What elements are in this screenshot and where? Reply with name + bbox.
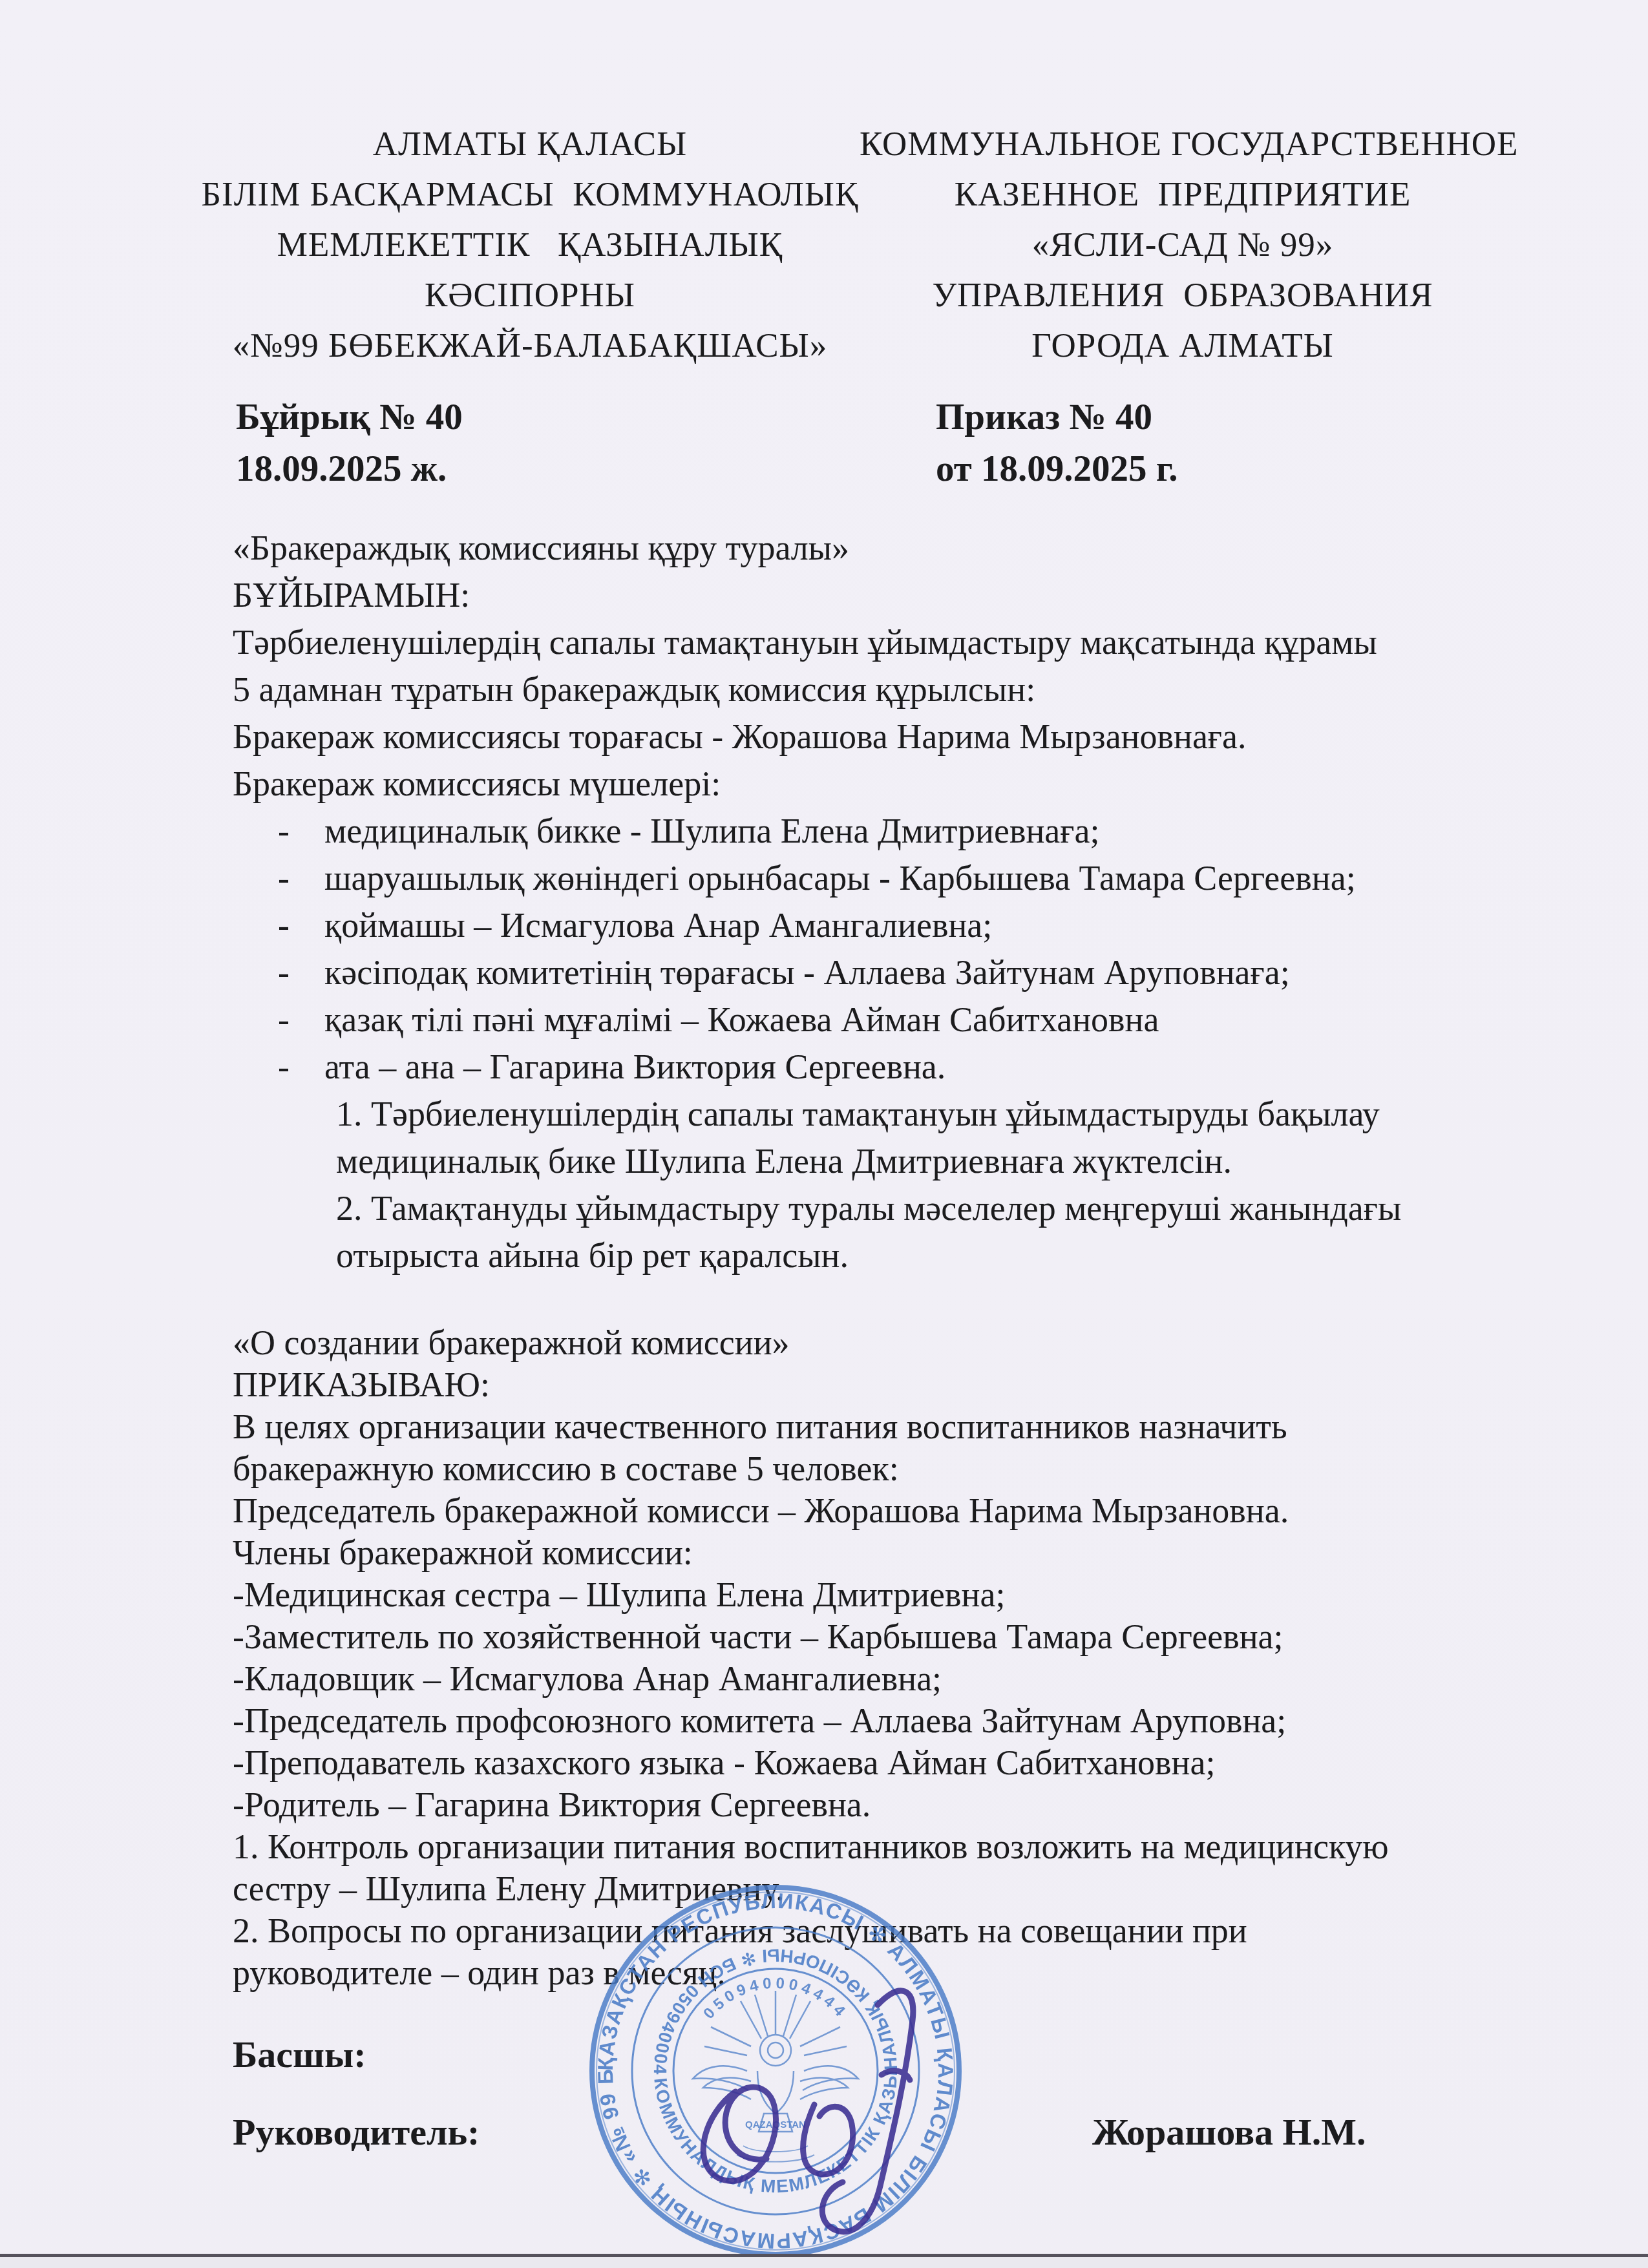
- body-line: «О создании бракеражной комиссии»: [233, 1322, 1558, 1364]
- letterhead-kazakh: АЛМАТЫ ҚАЛАСЫ БІЛІМ БАСҚАРМАСЫ КОММУНАОЛ…: [181, 119, 879, 371]
- signature-label-kazakh: Басшы:: [233, 2033, 366, 2076]
- commission-member-item: -Преподаватель казахского языка - Кожаев…: [233, 1742, 1558, 1784]
- body-line: «Бракераждық комиссияны құру туралы»: [233, 525, 1558, 572]
- order-date-line: 18.09.2025 ж.: [236, 443, 463, 495]
- signature-label-russian: Руководитель:: [233, 2110, 480, 2154]
- body-line: отырыста айына бір рет қаралсын.: [233, 1232, 1558, 1279]
- order-number-kazakh: Бұйрық № 40 18.09.2025 ж.: [236, 392, 463, 495]
- body-line: Члены бракеражной комиссии:: [233, 1532, 1558, 1574]
- body-line: БҰЙЫРАМЫН:: [233, 572, 1558, 619]
- body-line: Тәрбиеленушілердің сапалы тамақтануын ұй…: [233, 619, 1558, 666]
- order-body-kazakh: «Бракераждық комиссияны құру туралы» БҰЙ…: [233, 525, 1558, 1279]
- commission-member-item: - медициналық бикке - Шулипа Елена Дмитр…: [233, 808, 1558, 855]
- body-line: бракеражную комиссию в составе 5 человек…: [233, 1448, 1558, 1490]
- body-line: 2. Тамақтануды ұйымдастыру туралы мәселе…: [233, 1185, 1558, 1232]
- commission-member-item: -Родитель – Гагарина Виктория Сергеевна.: [233, 1784, 1558, 1826]
- order-number-line: Приказ № 40: [936, 392, 1178, 443]
- commission-member-item: - ата – ана – Гагарина Виктория Сергеевн…: [233, 1044, 1558, 1091]
- order-date-line: от 18.09.2025 г.: [936, 443, 1178, 495]
- commission-member-item: - қоймашы – Исмагулова Анар Амангалиевна…: [233, 902, 1558, 949]
- letterhead-line: «№99 БӨБЕКЖАЙ-БАЛАБАҚШАСЫ»: [181, 320, 879, 371]
- order-number-russian: Приказ № 40 от 18.09.2025 г.: [936, 392, 1178, 495]
- letterhead-line: АЛМАТЫ ҚАЛАСЫ: [181, 119, 879, 169]
- signature-ink-icon: [620, 1922, 1073, 2265]
- scanned-order-document: АЛМАТЫ ҚАЛАСЫ БІЛІМ БАСҚАРМАСЫ КОММУНАОЛ…: [0, 0, 1648, 2268]
- body-line: Бракераж комиссиясы торағасы - Жорашова …: [233, 713, 1558, 761]
- letterhead-line: КАЗЕННОЕ ПРЕДПРИЯТИЕ: [860, 169, 1506, 220]
- letterhead-line: «ЯСЛИ-САД № 99»: [860, 220, 1506, 270]
- letterhead-line: УПРАВЛЕНИЯ ОБРАЗОВАНИЯ: [860, 270, 1506, 320]
- commission-member-item: -Председатель профсоюзного комитета – Ал…: [233, 1700, 1558, 1742]
- body-line: медициналық бике Шулипа Елена Дмитриевна…: [233, 1138, 1558, 1185]
- order-number-line: Бұйрық № 40: [236, 392, 463, 443]
- scanner-background: [0, 2257, 1648, 2268]
- body-line: Бракераж комиссиясы мүшелері:: [233, 761, 1558, 808]
- body-line: 1. Контроль организации питания воспитан…: [233, 1826, 1558, 1868]
- signer-name: Жорашова Н.М.: [1092, 2110, 1366, 2154]
- body-line: 1. Тәрбиеленушілердің сапалы тамақтануын…: [233, 1091, 1558, 1138]
- commission-member-item: - кәсіподақ комитетінің төрағасы - Аллае…: [233, 949, 1558, 996]
- body-line: В целях организации качественного питани…: [233, 1406, 1558, 1448]
- commission-member-item: - қазақ тілі пәні мұғалімі – Кожаева Айм…: [233, 996, 1558, 1044]
- commission-member-item: -Медицинская сестра – Шулипа Елена Дмитр…: [233, 1574, 1558, 1616]
- commission-member-item: - шаруашылық жөніндегі орынбасары - Карб…: [233, 855, 1558, 902]
- letterhead-line: МЕМЛЕКЕТТІК ҚАЗЫНАЛЫҚ: [181, 220, 879, 270]
- letterhead-line: КОММУНАЛЬНОЕ ГОСУДАРСТВЕННОЕ: [860, 119, 1506, 169]
- letterhead-russian: КОММУНАЛЬНОЕ ГОСУДАРСТВЕННОЕ КАЗЕННОЕ ПР…: [860, 119, 1506, 371]
- letterhead-line: БІЛІМ БАСҚАРМАСЫ КОММУНАОЛЫҚ: [181, 169, 879, 220]
- body-line: 5 адамнан тұратын бракераждық комиссия қ…: [233, 666, 1558, 713]
- commission-member-item: -Кладовщик – Исмагулова Анар Амангалиевн…: [233, 1658, 1558, 1700]
- letterhead-line: ГОРОДА АЛМАТЫ: [860, 320, 1506, 371]
- handwritten-signature: [620, 1922, 1073, 2265]
- body-line: ПРИКАЗЫВАЮ:: [233, 1364, 1558, 1406]
- commission-member-item: -Заместитель по хозяйственной части – Ка…: [233, 1616, 1558, 1658]
- body-line: Председатель бракеражной комисси – Жораш…: [233, 1490, 1558, 1532]
- letterhead-line: КӘСІПОРНЫ: [181, 270, 879, 320]
